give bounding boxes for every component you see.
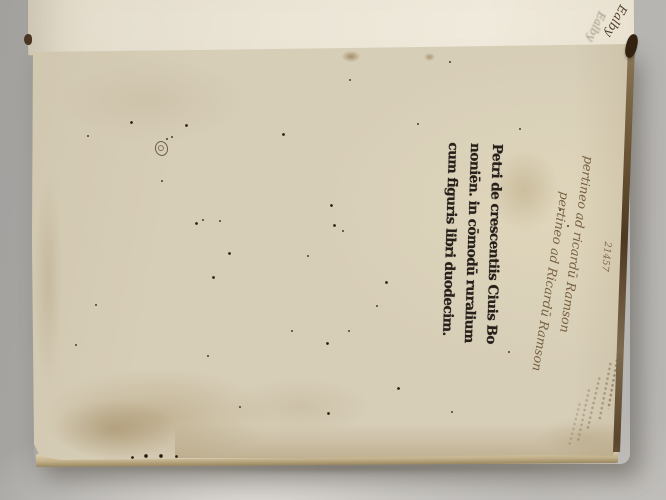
- wormhole-speck: [326, 342, 329, 345]
- fold-spot-stain: [342, 51, 360, 62]
- faint-stain: [58, 58, 248, 143]
- wormhole-speck: [95, 304, 97, 306]
- wormhole-speck: [87, 135, 89, 137]
- wormhole-speck: [185, 124, 188, 127]
- wormhole-speck: [330, 204, 333, 207]
- wormhole-speck: [228, 252, 231, 255]
- edge-stain: [34, 175, 62, 385]
- faint-stain: [228, 378, 373, 436]
- wormhole-speck: [348, 330, 350, 332]
- wormhole-speck: [130, 121, 133, 124]
- wormhole-speck: [333, 224, 336, 227]
- wormhole-speck: [327, 412, 330, 415]
- wormhole-speck: [207, 355, 209, 357]
- wormhole-speck: [144, 454, 148, 458]
- printed-title: Petri de crescentiis Ciuis Bo noniēn. in…: [436, 142, 508, 344]
- wormhole-speck: [159, 454, 163, 458]
- edge-soiling-stain: [175, 424, 620, 458]
- wormhole-speck: [417, 123, 419, 125]
- photograph-of-book: Ealby Ealby Petri de crescentiis Ciuis B…: [0, 0, 666, 500]
- fold-spot-stain: [424, 53, 435, 61]
- wormhole-speck: [75, 344, 77, 346]
- leather-edge-fragment: [24, 34, 32, 45]
- shelf-number-inscription: 21457: [598, 229, 615, 284]
- wormhole-speck: [349, 79, 351, 81]
- wormhole-speck: [508, 351, 510, 353]
- embossed-stamp-mark: [154, 140, 170, 157]
- wormhole-speck: [291, 330, 293, 332]
- wormhole-speck: [385, 281, 388, 284]
- wormhole-speck: [166, 138, 168, 140]
- wormhole-speck: [282, 133, 285, 136]
- wormhole-speck: [376, 305, 378, 307]
- wormhole-speck: [451, 411, 453, 413]
- wormhole-speck: [519, 128, 521, 130]
- water-stain: [40, 368, 275, 466]
- wormhole-speck: [397, 387, 400, 390]
- wormhole-speck: [195, 222, 198, 225]
- wormhole-speck: [307, 255, 309, 257]
- wormhole-speck: [131, 456, 134, 459]
- water-stain: [52, 398, 177, 460]
- wormhole-speck: [171, 136, 173, 138]
- wormhole-speck: [175, 455, 178, 458]
- wormhole-speck: [449, 61, 451, 63]
- wormhole-speck: [161, 180, 163, 182]
- wormhole-speck: [202, 219, 204, 221]
- title-page: Petri de crescentiis Ciuis Bo noniēn. in…: [0, 0, 666, 500]
- wormhole-speck: [219, 220, 221, 222]
- wormhole-speck: [342, 230, 344, 232]
- wormhole-speck: [239, 406, 241, 408]
- wormhole-speck: [212, 276, 215, 279]
- faint-inscription-line: [586, 376, 601, 430]
